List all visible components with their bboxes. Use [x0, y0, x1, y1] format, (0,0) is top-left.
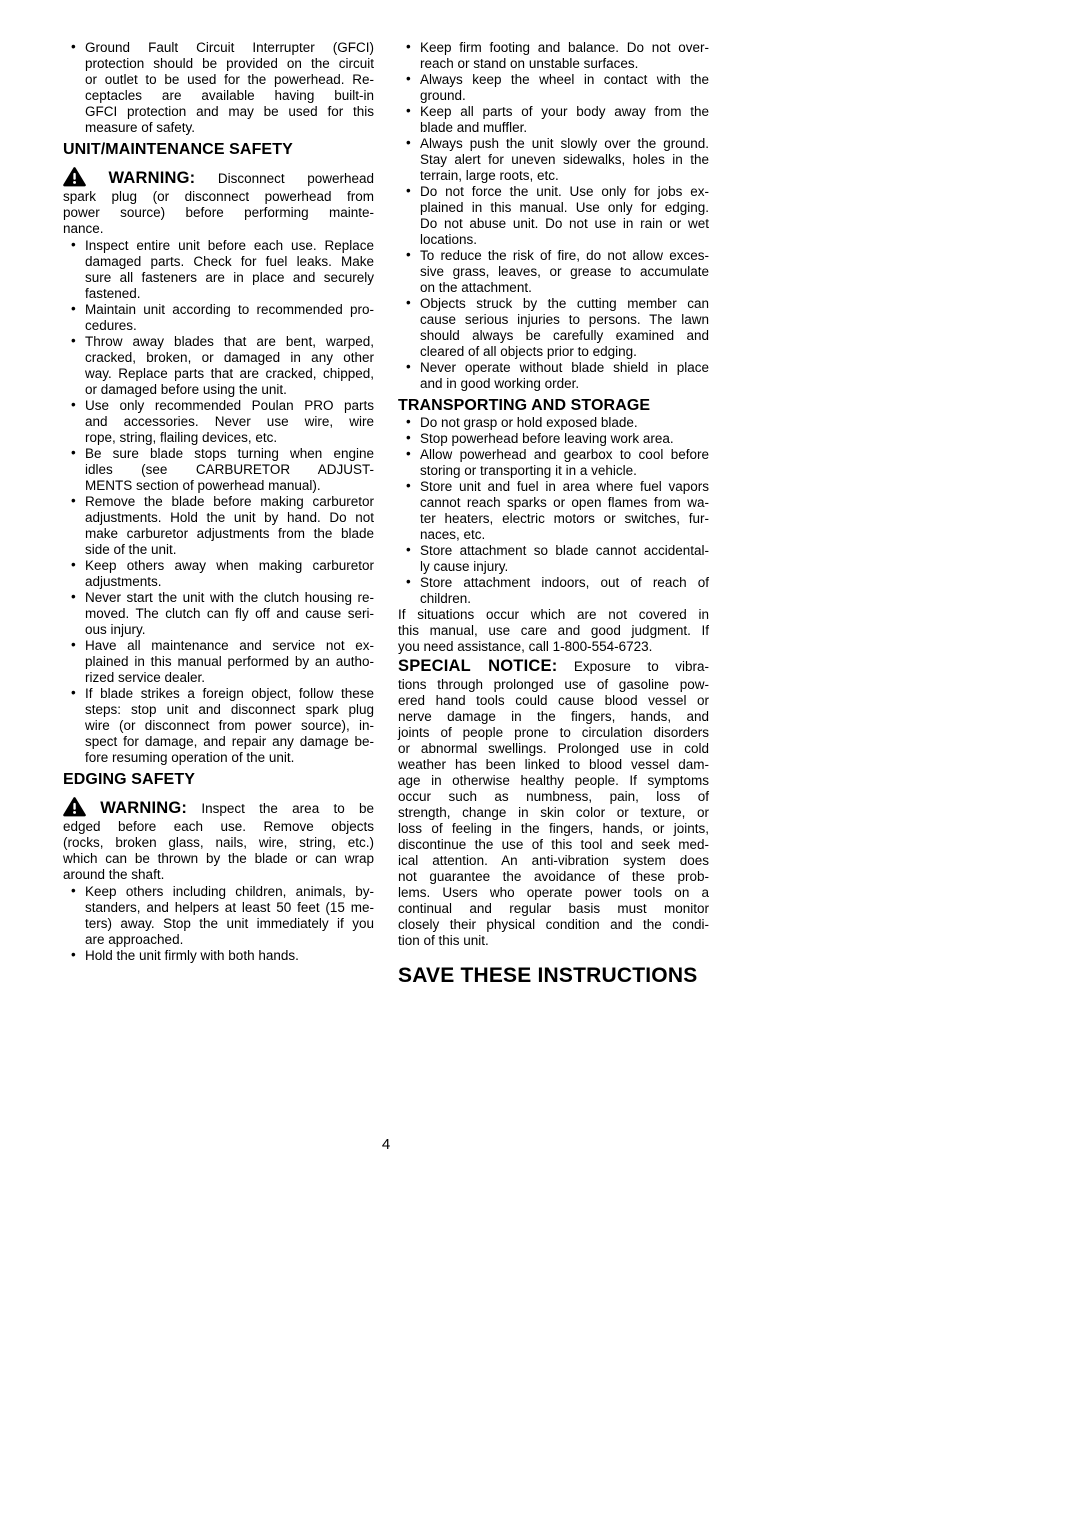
- doc-line: ous injury.: [85, 622, 374, 638]
- bullet-item: •Never operate without blade shield in p…: [398, 360, 709, 392]
- doc-line: this manual, use care and good judgment.…: [398, 623, 709, 639]
- doc-line: cannot reach sparks or open flames from …: [420, 495, 709, 511]
- doc-line: lems. Users who operate power tools on a: [398, 885, 709, 901]
- doc-line: and in good working order.: [420, 376, 709, 392]
- bullet-marker: •: [71, 397, 76, 413]
- doc-line: ter heaters, electric motors or switches…: [420, 511, 709, 527]
- doc-line: which can be thrown by the blade or can …: [63, 851, 374, 867]
- doc-line: loss of feeling in the fingers, hands, o…: [398, 821, 709, 837]
- doc-line: Store attachment indoors, out of reach o…: [420, 575, 709, 591]
- doc-line: Stay alert for uneven sidewalks, holes i…: [420, 152, 709, 168]
- doc-line: wire (or disconnect from power source), …: [85, 718, 374, 734]
- doc-line: Have all maintenance and service not ex-: [85, 638, 374, 654]
- section-heading: EDGING SAFETY: [63, 770, 374, 789]
- notice-block: SPECIAL NOTICE: Exposure to vibra-tions …: [398, 656, 709, 949]
- doc-line: ceptacles are available having built-in: [85, 88, 374, 104]
- bullet-item: •Inspect entire unit before each use. Re…: [63, 238, 374, 302]
- bullet-marker: •: [406, 71, 411, 87]
- bullet-item: •Keep others including children, animals…: [63, 884, 374, 948]
- doc-line: Do not grasp or hold exposed blade.: [420, 415, 709, 431]
- bullet-item: •Objects struck by the cutting member ca…: [398, 296, 709, 360]
- doc-line: fastened.: [85, 286, 374, 302]
- doc-line: age in otherwise healthy people. If symp…: [398, 773, 709, 789]
- doc-line: measure of safety.: [85, 120, 374, 136]
- doc-line: Always keep the wheel in contact with th…: [420, 72, 709, 88]
- doc-line: reach or stand on unstable surfaces.: [420, 56, 709, 72]
- bullet-marker: •: [406, 183, 411, 199]
- doc-line: tion of this unit.: [398, 933, 709, 949]
- bullet-marker: •: [406, 247, 411, 263]
- special-notice-label: SPECIAL NOTICE:: [398, 657, 557, 675]
- bullet-marker: •: [406, 430, 411, 446]
- bullet-item: •Remove the blade before making carburet…: [63, 494, 374, 558]
- bullet-marker: •: [406, 39, 411, 55]
- doc-line: WARNING: Inspect the area to be: [63, 797, 374, 819]
- bullet-item: •Be sure blade stops turning when engine…: [63, 446, 374, 494]
- doc-line: cause serious injuries to persons. The l…: [420, 312, 709, 328]
- doc-line: side of the unit.: [85, 542, 374, 558]
- right-column: •Keep firm footing and balance. Do not o…: [398, 40, 709, 989]
- page-content: •Ground Fault Circuit Interrupter (GFCI)…: [63, 40, 709, 989]
- doc-line: Throw away blades that are bent, warped,: [85, 334, 374, 350]
- doc-line: Keep all parts of your body away from th…: [420, 104, 709, 120]
- paragraph-block: If situations occur which are not covere…: [398, 607, 709, 655]
- doc-line: storing or transporting it in a vehicle.: [420, 463, 709, 479]
- bullet-item: •Keep others away when making carburetor…: [63, 558, 374, 590]
- doc-line: Always push the unit slowly over the gro…: [420, 136, 709, 152]
- doc-line: spect for damage, and repair any damage …: [85, 734, 374, 750]
- doc-line: Be sure blade stops turning when engine: [85, 446, 374, 462]
- bullet-item: •Store attachment so blade cannot accide…: [398, 543, 709, 575]
- bullet-marker: •: [406, 446, 411, 462]
- bullet-item: •Hold the unit firmly with both hands.: [63, 948, 374, 964]
- doc-line: standers, and helpers at least 50 feet (…: [85, 900, 374, 916]
- manual-page: •Ground Fault Circuit Interrupter (GFCI)…: [0, 0, 1080, 1526]
- doc-line: Keep others away when making carburetor: [85, 558, 374, 574]
- warning-block: WARNING: Inspect the area to beedged bef…: [63, 797, 374, 883]
- bullet-marker: •: [71, 637, 76, 653]
- doc-line: Use only recommended Poulan PRO parts: [85, 398, 374, 414]
- doc-line: damaged parts. Check for fuel leaks. Mak…: [85, 254, 374, 270]
- doc-line: fore resuming operation of the unit.: [85, 750, 374, 766]
- bullet-item: •Stop powerhead before leaving work area…: [398, 431, 709, 447]
- doc-line: nance.: [63, 221, 374, 237]
- doc-line: protection should be provided on the cir…: [85, 56, 374, 72]
- bullet-marker: •: [71, 685, 76, 701]
- doc-line: joints of people prone to circulation di…: [398, 725, 709, 741]
- doc-line: and accessories. Never use wire, wire: [85, 414, 374, 430]
- bullet-marker: •: [71, 333, 76, 349]
- bullet-marker: •: [406, 103, 411, 119]
- bullet-item: •If blade strikes a foreign object, foll…: [63, 686, 374, 766]
- bullet-item: •Keep all parts of your body away from t…: [398, 104, 709, 136]
- bullet-marker: •: [406, 542, 411, 558]
- bullet-marker: •: [71, 445, 76, 461]
- doc-line: Objects struck by the cutting member can: [420, 296, 709, 312]
- bullet-item: •Allow powerhead and gearbox to cool bef…: [398, 447, 709, 479]
- bullet-marker: •: [71, 493, 76, 509]
- doc-line: power source) before performing mainte-: [63, 205, 374, 221]
- doc-line: Store attachment so blade cannot acciden…: [420, 543, 709, 559]
- doc-line: moved. The clutch can fly off and cause …: [85, 606, 374, 622]
- doc-line: closely their physical condition and the…: [398, 917, 709, 933]
- doc-line: way. Replace parts that are cracked, chi…: [85, 366, 374, 382]
- doc-line: terrain, large roots, etc.: [420, 168, 709, 184]
- section-heading: TRANSPORTING AND STORAGE: [398, 396, 709, 415]
- doc-line: or outlet to be used for the powerhead. …: [85, 72, 374, 88]
- doc-line: sure all fasteners are in place and secu…: [85, 270, 374, 286]
- doc-line: ters) away. Stop the unit immediately if…: [85, 916, 374, 932]
- doc-line: children.: [420, 591, 709, 607]
- bullet-item: •Do not grasp or hold exposed blade.: [398, 415, 709, 431]
- doc-line: plained in this manual performed by an a…: [85, 654, 374, 670]
- bullet-item: •Store attachment indoors, out of reach …: [398, 575, 709, 607]
- doc-line: Ground Fault Circuit Interrupter (GFCI): [85, 40, 374, 56]
- bullet-marker: •: [406, 414, 411, 430]
- bullet-marker: •: [71, 39, 76, 55]
- doc-line: ical attention. An anti-vibration system…: [398, 853, 709, 869]
- doc-line: cracked, broken, or damaged in any other: [85, 350, 374, 366]
- doc-line: rized service dealer.: [85, 670, 374, 686]
- doc-line: not guarantee the avoidance of these pro…: [398, 869, 709, 885]
- bullet-marker: •: [71, 883, 76, 899]
- doc-line: adjustments. Hold the unit by hand. Do n…: [85, 510, 374, 526]
- doc-line: blade and muffler.: [420, 120, 709, 136]
- bullet-marker: •: [71, 237, 76, 253]
- doc-line: strength, change in skin color or textur…: [398, 805, 709, 821]
- doc-line: naces, etc.: [420, 527, 709, 543]
- doc-line: you need assistance, call 1-800-554-6723…: [398, 639, 709, 655]
- warning-triangle-icon: [63, 167, 86, 189]
- bullet-item: •Have all maintenance and service not ex…: [63, 638, 374, 686]
- doc-line: or damaged before using the unit.: [85, 382, 374, 398]
- doc-line: Do not abuse unit. Do not use in rain or…: [420, 216, 709, 232]
- doc-line: should always be carefully examined and: [420, 328, 709, 344]
- doc-line: steps: stop unit and disconnect spark pl…: [85, 702, 374, 718]
- doc-line: make carburetor adjustments from the bla…: [85, 526, 374, 542]
- doc-line: (rocks, broken glass, nails, wire, strin…: [63, 835, 374, 851]
- page-number: 4: [63, 1136, 709, 1153]
- doc-line: WARNING: Disconnect powerhead: [63, 167, 374, 189]
- doc-line: Keep firm footing and balance. Do not ov…: [420, 40, 709, 56]
- bullet-item: •Always push the unit slowly over the gr…: [398, 136, 709, 184]
- left-column: •Ground Fault Circuit Interrupter (GFCI)…: [63, 40, 374, 989]
- doc-line: Store unit and fuel in area where fuel v…: [420, 479, 709, 495]
- doc-line: around the shaft.: [63, 867, 374, 883]
- bullet-item: •To reduce the risk of fire, do not allo…: [398, 248, 709, 296]
- doc-line: Allow powerhead and gearbox to cool befo…: [420, 447, 709, 463]
- warning-triangle-icon: [63, 797, 86, 819]
- doc-line: cleared of all objects prior to edging.: [420, 344, 709, 360]
- doc-line: locations.: [420, 232, 709, 248]
- doc-line: Maintain unit according to recommended p…: [85, 302, 374, 318]
- doc-line: Stop powerhead before leaving work area.: [420, 431, 709, 447]
- doc-line: plained in this manual. Use only for edg…: [420, 200, 709, 216]
- bullet-marker: •: [406, 135, 411, 151]
- doc-line: Remove the blade before making carbureto…: [85, 494, 374, 510]
- bullet-marker: •: [406, 574, 411, 590]
- save-instructions-heading: SAVE THESE INSTRUCTIONS: [398, 963, 709, 989]
- warning-label: WARNING:: [109, 169, 196, 187]
- doc-line: are approached.: [85, 932, 374, 948]
- bullet-marker: •: [71, 947, 76, 963]
- doc-line: Hold the unit firmly with both hands.: [85, 948, 374, 964]
- doc-line: sive grass, leaves, or grease to accumul…: [420, 264, 709, 280]
- doc-line: tions through prolonged use of gasoline …: [398, 677, 709, 693]
- doc-line: Never start the unit with the clutch hou…: [85, 590, 374, 606]
- bullet-item: •Keep firm footing and balance. Do not o…: [398, 40, 709, 72]
- doc-line: ly cause injury.: [420, 559, 709, 575]
- doc-line: Never operate without blade shield in pl…: [420, 360, 709, 376]
- warning-label: WARNING:: [100, 799, 187, 817]
- bullet-item: •Use only recommended Poulan PRO partsan…: [63, 398, 374, 446]
- doc-line: If situations occur which are not covere…: [398, 607, 709, 623]
- doc-line: adjustments.: [85, 574, 374, 590]
- doc-line: To reduce the risk of fire, do not allow…: [420, 248, 709, 264]
- doc-line: If blade strikes a foreign object, follo…: [85, 686, 374, 702]
- section-heading: UNIT/MAINTENANCE SAFETY: [63, 140, 374, 159]
- bullet-marker: •: [406, 295, 411, 311]
- bullet-marker: •: [406, 359, 411, 375]
- doc-line: or abnormal swellings. Prolonged use in …: [398, 741, 709, 757]
- doc-line: idles (see CARBURETOR ADJUST-: [85, 462, 374, 478]
- doc-line: SPECIAL NOTICE: Exposure to vibra-: [398, 656, 709, 677]
- doc-line: occur such as numbness, pain, loss of: [398, 789, 709, 805]
- doc-line: discontinue the use of this tool and see…: [398, 837, 709, 853]
- doc-line: Inspect entire unit before each use. Rep…: [85, 238, 374, 254]
- bullet-item: •Ground Fault Circuit Interrupter (GFCI)…: [63, 40, 374, 136]
- doc-line: on the attachment.: [420, 280, 709, 296]
- bullet-marker: •: [71, 301, 76, 317]
- bullet-item: •Store unit and fuel in area where fuel …: [398, 479, 709, 543]
- doc-line: GFCI protection and may be used for this: [85, 104, 374, 120]
- bullet-item: •Do not force the unit. Use only for job…: [398, 184, 709, 248]
- doc-line: Do not force the unit. Use only for jobs…: [420, 184, 709, 200]
- bullet-item: •Maintain unit according to recommended …: [63, 302, 374, 334]
- doc-line: ered hand tools could cause blood vessel…: [398, 693, 709, 709]
- doc-line: rope, string, flailing devices, etc.: [85, 430, 374, 446]
- bullet-item: •Never start the unit with the clutch ho…: [63, 590, 374, 638]
- doc-line: edged before each use. Remove objects: [63, 819, 374, 835]
- doc-line: spark plug (or disconnect powerhead from: [63, 189, 374, 205]
- doc-line: Keep others including children, animals,…: [85, 884, 374, 900]
- bullet-marker: •: [406, 478, 411, 494]
- doc-line: ground.: [420, 88, 709, 104]
- doc-line: cedures.: [85, 318, 374, 334]
- bullet-item: •Always keep the wheel in contact with t…: [398, 72, 709, 104]
- bullet-item: •Throw away blades that are bent, warped…: [63, 334, 374, 398]
- warning-block: WARNING: Disconnect powerheadspark plug …: [63, 167, 374, 237]
- bullet-marker: •: [71, 589, 76, 605]
- bullet-marker: •: [71, 557, 76, 573]
- doc-line: MENTS section of powerhead manual).: [85, 478, 374, 494]
- doc-line: weather has been linked to blood vessel …: [398, 757, 709, 773]
- doc-line: continual and regular basis must monitor: [398, 901, 709, 917]
- doc-line: nerve damage in the fingers, hands, and: [398, 709, 709, 725]
